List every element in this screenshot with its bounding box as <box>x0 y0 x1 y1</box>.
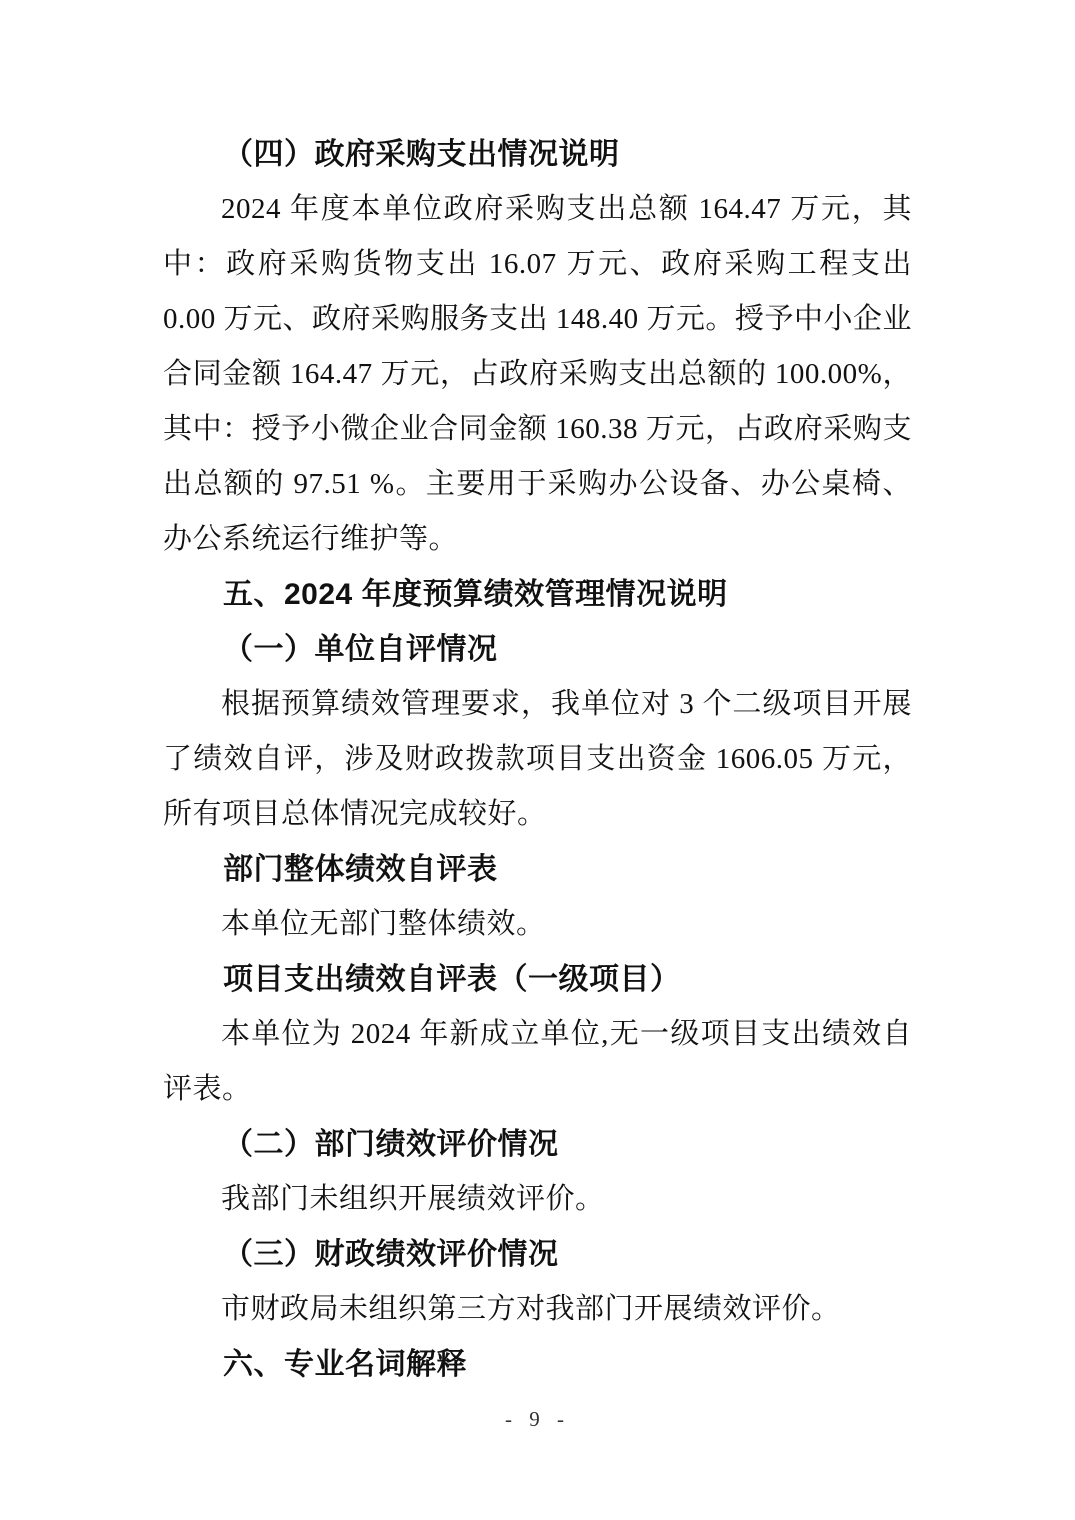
paragraph-self-evaluation-detail: 根据预算绩效管理要求，我单位对 3 个二级项目开展了绩效自评，涉及财政拨款项目支… <box>163 677 912 842</box>
section-heading-budget-performance: 五、2024 年度预算绩效管理情况说明 <box>163 567 912 622</box>
paragraph-new-unit-no-table: 本单位为 2024 年新成立单位,无一级项目支出绩效自评表。 <box>163 1007 912 1117</box>
subheading-project-expenditure-table: 项目支出绩效自评表（一级项目） <box>163 952 912 1007</box>
page-number: - 9 - <box>0 1407 1075 1432</box>
section-heading-department-evaluation: （二）部门绩效评价情况 <box>163 1117 912 1172</box>
section-heading-self-evaluation: （一）单位自评情况 <box>163 622 912 677</box>
section-heading-finance-evaluation: （三）财政绩效评价情况 <box>163 1227 912 1282</box>
section-heading-gov-procurement: （四）政府采购支出情况说明 <box>163 127 912 182</box>
section-heading-terminology: 六、专业名词解释 <box>163 1337 912 1392</box>
paragraph-gov-procurement-detail: 2024 年度本单位政府采购支出总额 164.47 万元，其中：政府采购货物支出… <box>163 182 912 567</box>
document-body: （四）政府采购支出情况说明 2024 年度本单位政府采购支出总额 164.47 … <box>163 127 912 1392</box>
document-page: （四）政府采购支出情况说明 2024 年度本单位政府采购支出总额 164.47 … <box>0 0 1075 1520</box>
paragraph-no-department-evaluation: 我部门未组织开展绩效评价。 <box>163 1172 912 1227</box>
paragraph-no-department-performance: 本单位无部门整体绩效。 <box>163 897 912 952</box>
paragraph-no-finance-evaluation: 市财政局未组织第三方对我部门开展绩效评价。 <box>163 1282 912 1337</box>
subheading-department-overall-performance: 部门整体绩效自评表 <box>163 842 912 897</box>
